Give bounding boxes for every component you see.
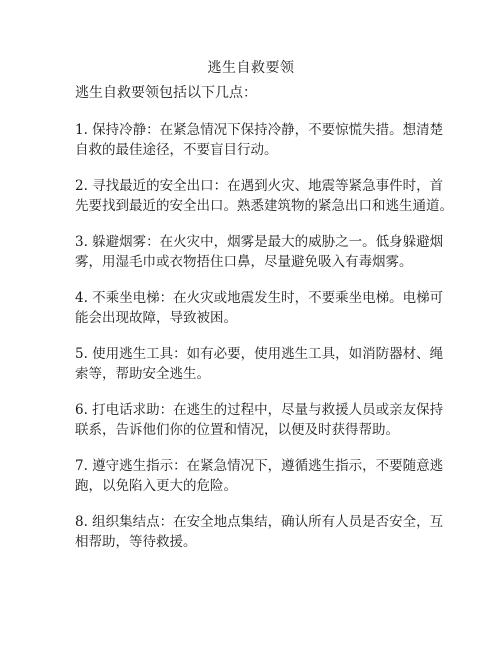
document-title: 逃生自救要领 (0, 58, 502, 78)
intro-text: 逃生自救要领包括以下几点： (75, 83, 257, 103)
item-line: 5. 使用逃生工具：如有必要，使用逃生工具，如消防器材、绳 (75, 344, 440, 364)
list-item: 4. 不乘坐电梯：在火灾或地震发生时，不要乘坐电梯。电梯可 能会出现故障，导致被… (75, 288, 440, 328)
list-item: 2. 寻找最近的安全出口：在遇到火灾、地震等紧急事件时，首 先要找到最近的安全出… (75, 176, 440, 216)
list-item: 5. 使用逃生工具：如有必要，使用逃生工具，如消防器材、绳 索等，帮助安全逃生。 (75, 344, 440, 384)
list-item: 8. 组织集结点：在安全地点集结，确认所有人员是否安全，互 相帮助，等待救援。 (75, 512, 440, 552)
item-line: 8. 组织集结点：在安全地点集结，确认所有人员是否安全，互 (75, 512, 440, 532)
item-line: 4. 不乘坐电梯：在火灾或地震发生时，不要乘坐电梯。电梯可 (75, 288, 440, 308)
item-line: 3. 躲避烟雾：在火灾中，烟雾是最大的威胁之一。低身躲避烟 (75, 232, 440, 252)
item-line: 跑，以免陷入更大的危险。 (75, 476, 440, 496)
item-line: 雾，用湿毛巾或衣物捂住口鼻，尽量避免吸入有毒烟雾。 (75, 252, 440, 272)
list-item: 7. 遵守逃生指示：在紧急情况下，遵循逃生指示，不要随意逃 跑，以免陷入更大的危… (75, 456, 440, 496)
item-line: 1. 保持冷静：在紧急情况下保持冷静，不要惊慌失措。想清楚 (75, 120, 440, 140)
tips-list: 1. 保持冷静：在紧急情况下保持冷静，不要惊慌失措。想清楚 自救的最佳途径，不要… (75, 120, 440, 568)
item-line: 能会出现故障，导致被困。 (75, 308, 440, 328)
item-line: 先要找到最近的安全出口。熟悉建筑物的紧急出口和逃生通道。 (75, 196, 440, 216)
item-line: 相帮助，等待救援。 (75, 532, 440, 552)
item-line: 自救的最佳途径，不要盲目行动。 (75, 140, 440, 160)
list-item: 3. 躲避烟雾：在火灾中，烟雾是最大的威胁之一。低身躲避烟 雾，用湿毛巾或衣物捂… (75, 232, 440, 272)
list-item: 6. 打电话求助：在逃生的过程中，尽量与救援人员或亲友保持 联系，告诉他们你的位… (75, 400, 440, 440)
item-line: 6. 打电话求助：在逃生的过程中，尽量与救援人员或亲友保持 (75, 400, 440, 420)
item-line: 联系，告诉他们你的位置和情况，以便及时获得帮助。 (75, 420, 440, 440)
item-line: 7. 遵守逃生指示：在紧急情况下，遵循逃生指示，不要随意逃 (75, 456, 440, 476)
list-item: 1. 保持冷静：在紧急情况下保持冷静，不要惊慌失措。想清楚 自救的最佳途径，不要… (75, 120, 440, 160)
document-page: 逃生自救要领 逃生自救要领包括以下几点： 1. 保持冷静：在紧急情况下保持冷静，… (0, 0, 502, 649)
item-line: 2. 寻找最近的安全出口：在遇到火灾、地震等紧急事件时，首 (75, 176, 440, 196)
item-line: 索等，帮助安全逃生。 (75, 364, 440, 384)
